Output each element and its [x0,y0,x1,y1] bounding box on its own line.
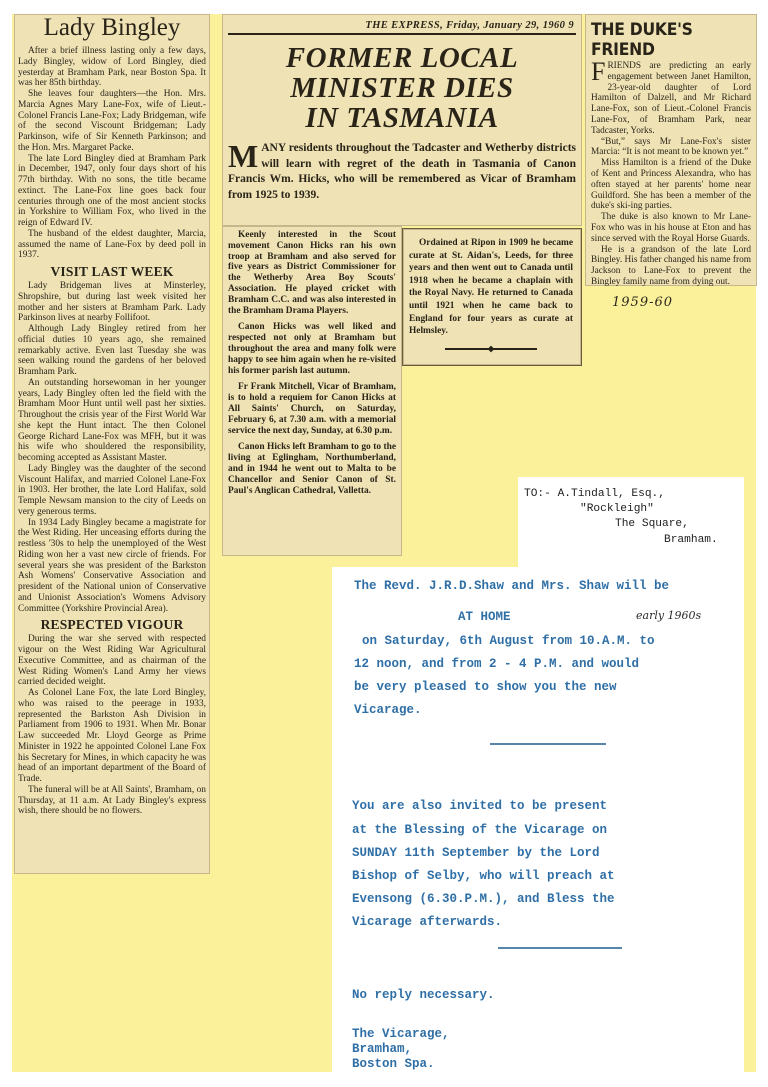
tasmania-column-right: Ordained at Ripon in 1909 he became cura… [402,228,582,366]
headline-line: FORMER LOCAL [228,43,576,73]
invitation-line: The Revd. J.R.D.Shaw and Mrs. Shaw will … [354,579,669,593]
tasmania-headline: FORMER LOCAL MINISTER DIES IN TASMANIA [228,43,576,133]
paragraph: Although Lady Bingley retired from her o… [18,324,206,378]
lead-paragraph: MANY residents throughout the Tadcaster … [228,141,576,203]
divider-rule [498,947,622,949]
no-reply-line: No reply necessary. [352,988,495,1002]
tasmania-column-left: Keenly interested in the Scout movement … [222,226,402,556]
paragraph: “But,” says Mr Lane-Fox's sister Marcia:… [591,137,751,159]
paragraph: FRIENDS are predicting an early engageme… [591,61,751,137]
drop-cap: M [228,142,258,170]
paragraph: In 1934 Lady Bingley became a magistrate… [18,518,206,615]
paragraph: The late Lord Bingley died at Bramham Pa… [18,154,206,229]
invitation-line: 12 noon, and from 2 - 4 P.M. and would [354,657,639,671]
paragraph: Ordained at Ripon in 1909 he became cura… [409,237,573,338]
address-line: Bramham. [664,533,718,548]
paragraph: Lady Bridgeman lives at Minsterley, Shro… [18,281,206,324]
invitation-at-home: AT HOME [458,610,511,624]
paragraph: As Colonel Lane Fox, the late Lord Bingl… [18,688,206,785]
lady-bingley-clipping: Lady Bingley After a brief illness lasti… [14,14,210,874]
dukes-friend-clipping: THE DUKE'S FRIEND FRIENDS are predicting… [585,14,757,286]
handwritten-year-note: 1959-60 [612,295,673,310]
invitation-line: You are also invited to be present [352,799,607,813]
invitation-line: Vicarage. [354,703,422,717]
paragraph: The duke is also known to Mr Lane-Fox wh… [591,212,751,244]
address-line: "Rockleigh" [580,502,654,517]
paragraph: He is a grandson of the late Lord Bingle… [591,245,751,288]
headline-line: IN TASMANIA [228,103,576,133]
invitation-line: Bishop of Selby, who will preach at [352,869,615,883]
return-address-line: Boston Spa. [352,1057,435,1071]
address-line: TO:- A.Tindall, Esq., [524,487,665,502]
invitation-line: be very pleased to show you the new [354,680,617,694]
invitation-card: The Revd. J.R.D.Shaw and Mrs. Shaw will … [332,567,744,1087]
invitation-line: SUNDAY 11th September by the Lord [352,846,600,860]
paragraph-text: RIENDS are predicting an early engagemen… [591,61,751,136]
paragraph: The funeral will be at All Saints', Bram… [18,785,206,817]
subheading-respected-vigour: RESPECTED VIGOUR [18,617,206,632]
invitation-line: Vicarage afterwards. [352,915,502,929]
handwritten-date-note: early 1960s [636,609,701,622]
ornamental-rule [445,348,537,350]
tasmania-clipping-header: THE EXPRESS, Friday, January 29, 1960 9 … [222,14,582,226]
return-address-line: Bramham, [352,1042,412,1056]
paragraph: Miss Hamilton is a friend of the Duke of… [591,158,751,212]
address-card: TO:- A.Tindall, Esq., "Rockleigh" The Sq… [518,477,744,569]
paragraph: Keenly interested in the Scout movement … [228,230,396,316]
invitation-line: at the Blessing of the Vicarage on [352,823,607,837]
headline-line: MINISTER DIES [228,73,576,103]
invitation-line: Evensong (6.30.P.M.), and Bless the [352,892,615,906]
paragraph: An outstanding horsewoman in her younger… [18,378,206,464]
return-address-line: The Vicarage, [352,1027,450,1041]
dukes-friend-headline: THE DUKE'S FRIEND [591,20,738,60]
paragraph: After a brief illness lasting only a few… [18,46,206,89]
drop-cap: F [591,61,605,83]
invitation-line: on Saturday, 6th August from 10.A.M. to [362,634,655,648]
paragraph: Canon Hicks left Bramham to go to the li… [228,442,396,496]
lady-bingley-headline: Lady Bingley [18,14,206,42]
paragraph: During the war she served with respected… [18,634,206,688]
address-line: The Square, [615,517,689,532]
paragraph: The husband of the eldest daughter, Marc… [18,229,206,261]
newspaper-dateline: THE EXPRESS, Friday, January 29, 1960 9 [228,14,576,35]
paragraph: Lady Bingley was the daughter of the sec… [18,464,206,518]
lead-text: ANY residents throughout the Tadcaster a… [228,142,576,201]
paragraph: Canon Hicks was well liked and respected… [228,322,396,376]
subheading-visit-last-week: VISIT LAST WEEK [18,264,206,279]
paragraph: Fr Frank Mitchell, Vicar of Bramham, is … [228,382,396,436]
paragraph: She leaves four daughters—the Hon. Mrs. … [18,89,206,154]
divider-rule [490,743,606,745]
